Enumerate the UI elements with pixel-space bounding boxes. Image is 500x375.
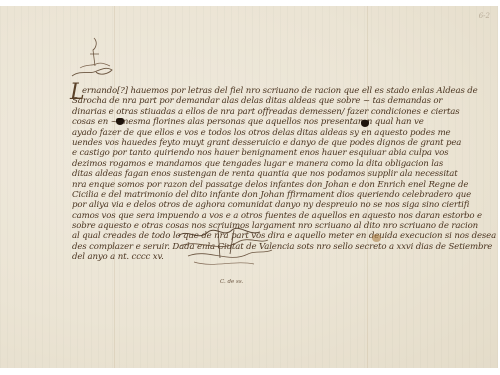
text-line: e castigo por tanto quiriendo nos hauer … — [72, 148, 500, 158]
text-line: dinarias e otras stiuadas a ellos de nra… — [72, 107, 500, 117]
text-line: ayado fazer de que ellos e vos e todos l… — [72, 128, 500, 138]
text-line: Sarocha de nra part por demandar alas de… — [72, 96, 500, 106]
text-line: dezimos rogamos e mandamos que tengades … — [72, 159, 500, 169]
text-line: uendes vos hauedes feyto muyt grant dess… — [72, 138, 500, 148]
text-line: al qual creades de todo lo que de nra pa… — [72, 231, 500, 241]
text-line: sobre aquesto e otras cosas nos scriuimo… — [72, 221, 500, 231]
stain-mark — [372, 234, 381, 242]
text-line: des complazer e seruir. Dada enla Ciutat… — [72, 242, 500, 252]
text-line: cosas en ~ mesma florines alas personas … — [72, 117, 500, 127]
folio-number: 6-2 — [479, 12, 490, 20]
text-line: del anyo a nt. cccc xv. — [72, 252, 500, 262]
letter-body: ernando[?] hauemos por letras del fiel n… — [72, 86, 500, 263]
text-line: camos vos que sera impuendo a vos e a ot… — [72, 211, 500, 221]
text-line: ditas aldeas fagan enos sustengan de ren… — [72, 169, 500, 179]
text-line: ernando[?] hauemos por letras del fiel n… — [72, 86, 500, 96]
text-line: Cicilia e del matrimonio del dito infant… — [72, 190, 500, 200]
ink-blot — [361, 120, 369, 127]
manuscript-page: 6-2 ernando[?] hauemos por letras del fi… — [0, 6, 498, 368]
notary-subscription: C. de ss. — [220, 279, 243, 285]
ink-blot — [116, 118, 124, 125]
royal-signature-flourish-icon — [168, 224, 278, 274]
decorated-initial: L — [70, 82, 85, 104]
text-line: nra enque somos por razon del passatge d… — [72, 180, 500, 190]
invocation-cross-monogram-icon — [66, 36, 126, 81]
text-line: por aliya via e delos otros de aghora co… — [72, 200, 500, 210]
